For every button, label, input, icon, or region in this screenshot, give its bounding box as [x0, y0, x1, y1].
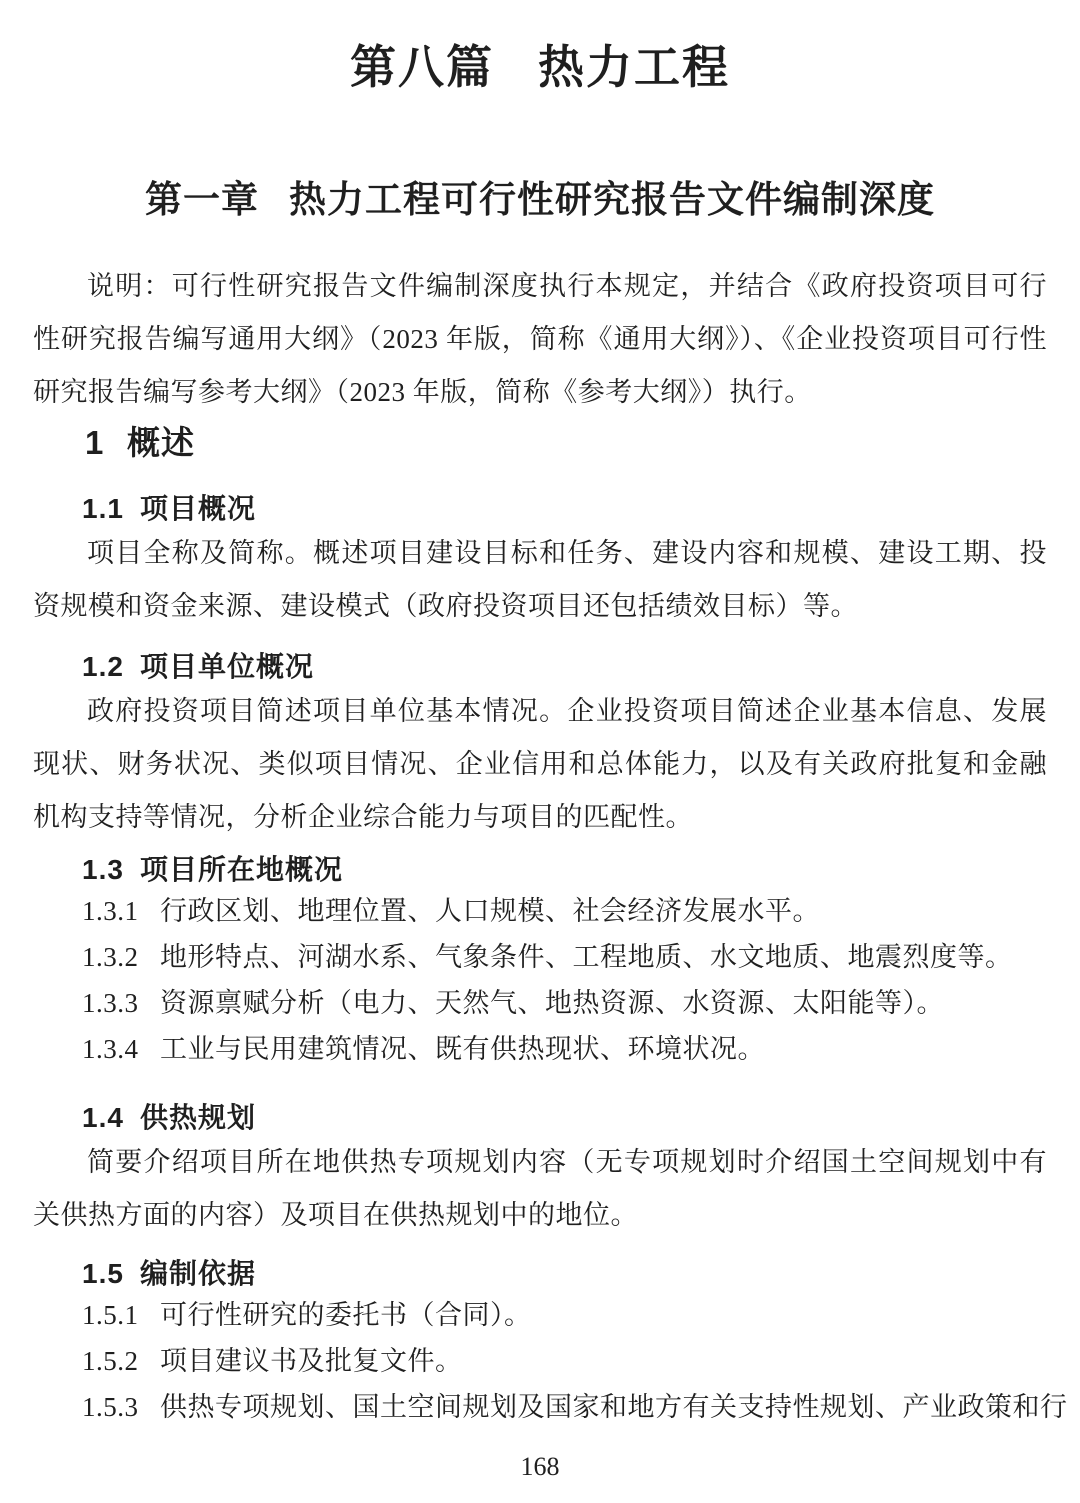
section-title: 项目概况 — [140, 493, 256, 524]
item-text: 可行性研究的委托书（合同）。 — [160, 1292, 532, 1338]
page-number: 168 — [0, 1453, 1080, 1481]
section-1-3-heading: 1.3项目所在地概况 — [82, 852, 1047, 888]
list-item: 1.3.4工业与民用建筑情况、既有供热现状、环境状况。 — [82, 1026, 1047, 1072]
section-1-4-heading: 1.4供热规划 — [82, 1100, 1047, 1136]
page-content: 第八篇热力工程 第一章热力工程可行性研究报告文件编制深度 说明：可行性研究报告文… — [0, 42, 1080, 1430]
item-number: 1.3.4 — [82, 1026, 160, 1072]
intro-paragraph: 说明：可行性研究报告文件编制深度执行本规定，并结合《政府投资项目可行性研究报告编… — [33, 260, 1047, 419]
section-number: 1 — [85, 423, 127, 463]
section-number: 1.2 — [82, 649, 140, 685]
section-title: 编制依据 — [140, 1258, 256, 1289]
item-number: 1.5.2 — [82, 1338, 160, 1384]
item-number: 1.3.3 — [82, 980, 160, 1026]
item-number: 1.5.1 — [82, 1292, 160, 1338]
item-number: 1.5.3 — [82, 1384, 160, 1430]
section-1-1-body: 项目全称及简称。概述项目建设目标和任务、建设内容和规模、建设工期、投资规模和资金… — [33, 527, 1047, 633]
list-item: 1.5.1可行性研究的委托书（合同）。 — [82, 1292, 1047, 1338]
item-text: 地形特点、河湖水系、气象条件、工程地质、水文地质、地震烈度等。 — [160, 934, 1013, 980]
part-label: 第八篇 — [350, 41, 494, 93]
document-page: 第八篇热力工程 第一章热力工程可行性研究报告文件编制深度 说明：可行性研究报告文… — [0, 0, 1080, 1503]
list-item: 1.5.3供热专项规划、国土空间规划及国家和地方有关支持性规划、产业政策和行 — [82, 1384, 1047, 1430]
section-1-5-heading: 1.5编制依据 — [82, 1256, 1047, 1292]
part-title: 第八篇热力工程 — [33, 42, 1047, 92]
item-number: 1.3.2 — [82, 934, 160, 980]
section-title: 项目单位概况 — [140, 651, 314, 682]
section-1-heading: 1概述 — [85, 423, 1047, 463]
section-1-4-body: 简要介绍项目所在地供热专项规划内容（无专项规划时介绍国土空间规划中有关供热方面的… — [33, 1136, 1047, 1242]
item-text: 工业与民用建筑情况、既有供热现状、环境状况。 — [160, 1026, 765, 1072]
section-title: 供热规划 — [140, 1102, 256, 1133]
part-name: 热力工程 — [538, 41, 730, 93]
section-title: 项目所在地概况 — [140, 854, 343, 885]
list-item: 1.3.3资源禀赋分析（电力、天然气、地热资源、水资源、太阳能等）。 — [82, 980, 1047, 1026]
list-item: 1.3.2地形特点、河湖水系、气象条件、工程地质、水文地质、地震烈度等。 — [82, 934, 1047, 980]
item-number: 1.3.1 — [82, 888, 160, 934]
section-1-2-body: 政府投资项目简述项目单位基本情况。企业投资项目简述企业基本信息、发展现状、财务状… — [33, 685, 1047, 844]
item-text: 项目建议书及批复文件。 — [160, 1338, 463, 1384]
list-item: 1.3.1行政区划、地理位置、人口规模、社会经济发展水平。 — [82, 888, 1047, 934]
item-text: 供热专项规划、国土空间规划及国家和地方有关支持性规划、产业政策和行 — [160, 1384, 1068, 1430]
item-text: 资源禀赋分析（电力、天然气、地热资源、水资源、太阳能等）。 — [160, 980, 944, 1026]
section-1-1-heading: 1.1项目概况 — [82, 491, 1047, 527]
section-number: 1.3 — [82, 852, 140, 888]
section-number: 1.1 — [82, 491, 140, 527]
section-1-2-heading: 1.2项目单位概况 — [82, 649, 1047, 685]
section-number: 1.5 — [82, 1256, 140, 1292]
list-item: 1.5.2项目建议书及批复文件。 — [82, 1338, 1047, 1384]
section-number: 1.4 — [82, 1100, 140, 1136]
section-title: 概述 — [127, 424, 195, 461]
chapter-label: 第一章 — [145, 179, 259, 220]
item-text: 行政区划、地理位置、人口规模、社会经济发展水平。 — [160, 888, 820, 934]
chapter-name: 热力工程可行性研究报告文件编制深度 — [289, 179, 935, 220]
chapter-title: 第一章热力工程可行性研究报告文件编制深度 — [33, 178, 1047, 222]
